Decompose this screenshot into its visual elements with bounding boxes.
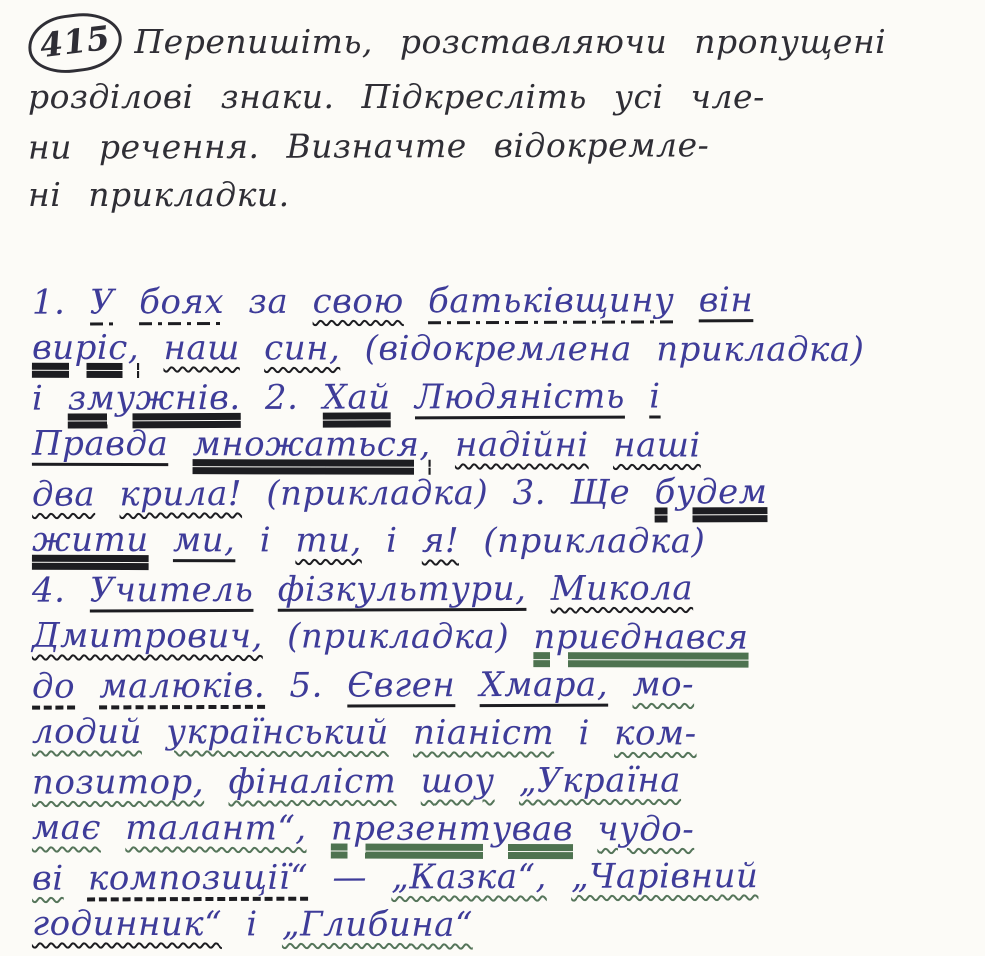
word: (прикладка) <box>287 616 509 657</box>
word: Микола <box>551 568 694 608</box>
exercise-line: Правда множаться, надійні наші <box>32 420 979 470</box>
word: боях <box>139 282 224 325</box>
exercise-line: до малюків. 5. Євген Хмара, мо- <box>32 659 979 710</box>
word: виріс, <box>32 328 139 368</box>
word: 2. <box>265 378 299 418</box>
word: будем <box>654 472 767 512</box>
word: український <box>166 712 389 753</box>
word: 5. <box>289 666 323 706</box>
word: позитор, <box>32 762 204 803</box>
word: годинник“ <box>32 904 222 944</box>
word: фізкультури, <box>278 569 527 610</box>
word: і <box>260 520 271 560</box>
exercise-line: ві композиції“ — „Казка“, „Чарівний <box>32 851 979 902</box>
notebook-page: 415Перепишіть, розставляючи пропущені ро… <box>0 0 985 956</box>
exercise-line: 1. У боях за свою батьківщину він <box>32 275 979 326</box>
word: син, <box>264 328 340 368</box>
word: презентував <box>331 809 573 850</box>
task-header: 415Перепишіть, розставляючи пропущені ро… <box>0 0 985 219</box>
word: 3. <box>512 473 546 513</box>
word: прикладка) <box>656 329 864 370</box>
word: і <box>649 376 661 416</box>
word: і <box>32 379 44 419</box>
exercise-line: годинник“ і „Глибина“ <box>32 900 979 950</box>
word: приєднався <box>533 617 748 658</box>
exercise-line: позитор, фіналіст шоу „Україна <box>32 755 979 806</box>
word: (прикладка) <box>266 473 488 514</box>
word: має <box>32 808 101 848</box>
word: (відокремлена <box>365 329 632 370</box>
word: змужнів. <box>68 378 241 419</box>
word: я! <box>422 521 459 561</box>
instruction-line: ни речення. Визначте відокремле- <box>28 119 977 171</box>
word: ком- <box>614 713 697 753</box>
word: Людяність <box>415 377 625 418</box>
word: Учитель <box>90 570 254 611</box>
exercise-line: 4. Учитель фізкультури, Микола <box>32 563 979 614</box>
word: і <box>578 713 589 753</box>
word: чудо- <box>597 809 694 849</box>
exercise-line: лодий український піаніст і ком- <box>32 708 979 758</box>
instruction-line: розділові знаки. Підкресліть усі чле- <box>28 72 977 121</box>
word: 4. <box>32 571 66 611</box>
word: талант“, <box>125 808 306 848</box>
word: Хмара, <box>480 665 609 705</box>
word: шоу <box>421 761 495 801</box>
word: піаніст <box>413 713 554 753</box>
instruction-line: Перепишіть, розставляючи пропущені <box>134 22 886 61</box>
word: і <box>246 904 257 944</box>
word: фіналіст <box>228 761 396 802</box>
word: „Глибина“ <box>282 904 473 944</box>
word: У <box>90 282 115 325</box>
task-number: 415 <box>25 8 126 77</box>
word: свою <box>312 281 403 321</box>
word: батьківщину <box>428 280 674 324</box>
word: Хай <box>323 377 391 417</box>
word: „Чарівний <box>571 856 758 897</box>
word: ві <box>32 859 64 899</box>
word: Ще <box>570 473 630 513</box>
word: крила! <box>119 474 242 514</box>
word: мо- <box>632 664 694 704</box>
word: — <box>332 857 367 897</box>
word: надійні <box>455 425 589 465</box>
word: „Україна <box>519 760 681 801</box>
exercise-line: два крила! (прикладка) 3. Ще будем <box>32 467 979 518</box>
word: „Казка“, <box>391 857 547 898</box>
instruction-line: ні прикладки. <box>28 170 977 219</box>
word: наш <box>163 328 239 368</box>
word: два <box>32 474 95 514</box>
exercise-line: має талант“, презентував чудо- <box>32 804 979 854</box>
exercise-line: Дмитрович, (прикладка) приєднався <box>32 612 979 662</box>
exercise-line: і змужнів. 2. Хай Людяність і <box>32 371 979 422</box>
word: Дмитрович, <box>32 616 263 657</box>
word: 1. <box>32 283 66 323</box>
word: наші <box>613 425 701 465</box>
word: ти, <box>295 520 362 560</box>
word: Євген <box>347 665 455 705</box>
word: до <box>32 667 75 707</box>
exercise-line: жити ми, і ти, і я! (прикладка) <box>32 516 979 566</box>
word: (прикладка) <box>483 521 705 562</box>
word: малюків. <box>99 666 265 707</box>
exercise-line: виріс, наш син, (відокремлена прикладка) <box>32 324 979 374</box>
word: множаться, <box>193 424 431 465</box>
word: композиції“ <box>88 858 308 899</box>
word: і <box>386 521 397 561</box>
instruction-lines: розділові знаки. Підкресліть усі чле-ни … <box>28 72 977 219</box>
word: жити <box>32 520 149 560</box>
exercise-text: 1. У боях за свою батьківщину вінвиріс, … <box>0 219 985 949</box>
word: за <box>248 282 288 322</box>
word: Правда <box>32 424 168 464</box>
word: лодий <box>32 712 142 752</box>
word: він <box>699 280 754 320</box>
task-header-first-line: 415Перепишіть, розставляючи пропущені <box>28 14 977 72</box>
word: ми, <box>173 520 236 560</box>
